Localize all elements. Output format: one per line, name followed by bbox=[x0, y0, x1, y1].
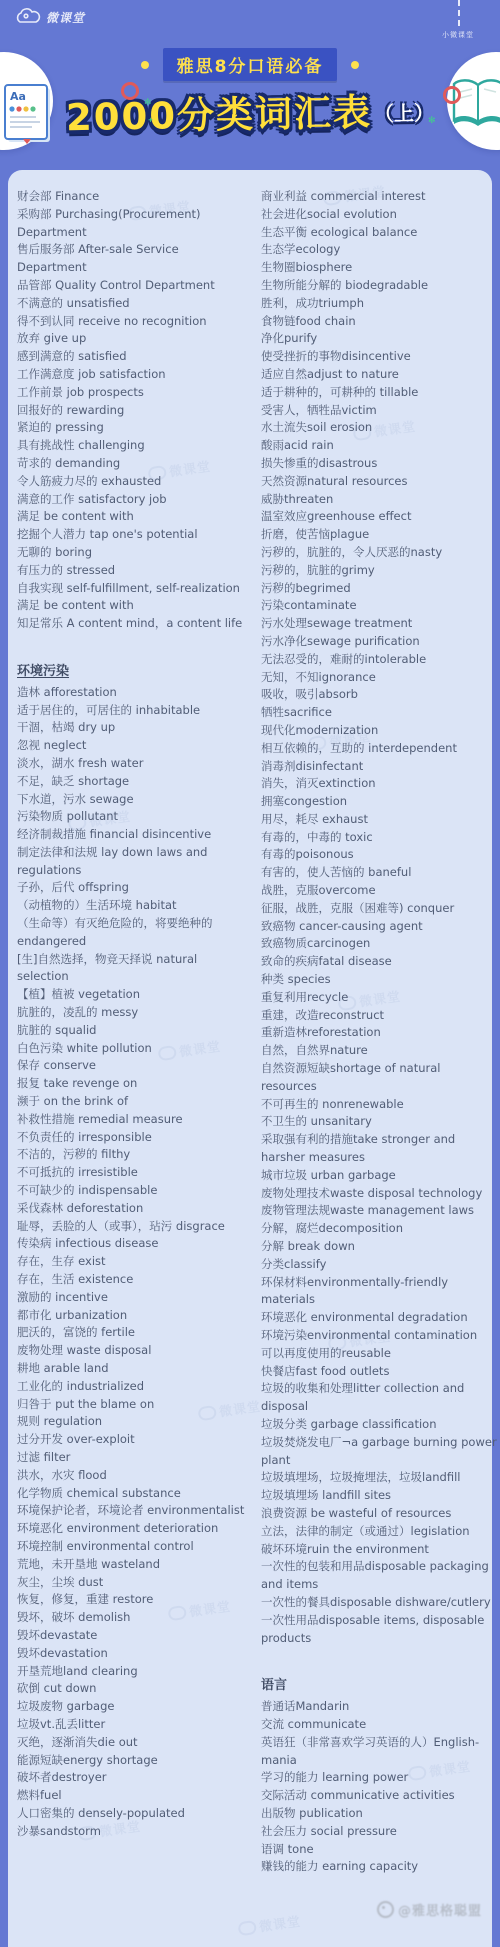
vocab-entry: 一次性的包装和用品disposable packaging and items bbox=[261, 1558, 499, 1594]
vocab-entry: 垃圾填埋场 landfill sites bbox=[261, 1487, 499, 1505]
vocab-entry: 重复利用recycle bbox=[261, 989, 499, 1007]
vocab-entry: 白色污染 white pollution bbox=[17, 1040, 250, 1058]
vocab-entry: 回报好的 rewarding bbox=[17, 402, 250, 420]
vocab-entry: 紧迫的 pressing bbox=[17, 419, 250, 437]
vocab-entry: 不可缺少的 indispensable bbox=[17, 1182, 250, 1200]
vocab-entry: 环境控制 environmental control bbox=[17, 1538, 250, 1556]
corner-dashed-line bbox=[458, 0, 460, 26]
vocab-entry: 胜利，成功triumph bbox=[261, 295, 499, 313]
vocab-entry: 毁坏devastation bbox=[17, 1645, 250, 1663]
vocab-entry: [生]自然选择，物竞天择说 natural selection bbox=[17, 951, 250, 987]
vocab-entry: 不可抵抗的 irresistible bbox=[17, 1164, 250, 1182]
vocab-entry: 适于耕种的，可耕种的 tillable bbox=[261, 384, 499, 402]
section-title: 语言 bbox=[261, 1677, 499, 1695]
vocab-entry: 苛求的 demanding bbox=[17, 455, 250, 473]
vocab-entry: 令人筋疲力尽的 exhausted bbox=[17, 473, 250, 491]
vocab-entry: 满足 be content with bbox=[17, 508, 250, 526]
vocab-entry: 污染contaminate bbox=[261, 597, 499, 615]
vocab-entry: 采购部 Purchasing(Procurement) Department bbox=[17, 206, 250, 242]
vocab-entry: 无聊的 boring bbox=[17, 544, 250, 562]
vocab-entry: 不可再生的 nonrenewable bbox=[261, 1096, 499, 1114]
vocab-entry: 品管部 Quality Control Department bbox=[17, 277, 250, 295]
badge-row: 雅思8分口语必备 bbox=[0, 48, 500, 81]
vocab-entry: 消失，消灭extinction bbox=[261, 775, 499, 793]
page-title-suffix: （上） bbox=[374, 97, 434, 127]
vocab-entry: 吸收，吸引absorb bbox=[261, 686, 499, 704]
vocab-entry: 工作满意度 job satisfaction bbox=[17, 366, 250, 384]
vocab-entry: 保存 conserve bbox=[17, 1057, 250, 1075]
vocab-entry: 淡水，湖水 fresh water bbox=[17, 755, 250, 773]
vocab-entry: 有毒的poisonous bbox=[261, 846, 499, 864]
vocab-entry: 【植】植被 vegetation bbox=[17, 986, 250, 1004]
vocab-entry: 折磨，使苦恼plague bbox=[261, 526, 499, 544]
vocab-entry: 自然资源短缺shortage of natural resources bbox=[261, 1060, 499, 1096]
content-panel: 微课堂微课堂微课堂微课堂微课堂微课堂微课堂微课堂微课堂微课堂微课堂微课堂微课堂微… bbox=[8, 170, 492, 1947]
vocab-entry: 废物管理法规waste management laws bbox=[261, 1202, 499, 1220]
vocab-entry: 生态平衡 ecological balance bbox=[261, 224, 499, 242]
vocab-entry: 过滤 filter bbox=[17, 1449, 250, 1467]
vocab-entry: 不卫生的 unsanitary bbox=[261, 1113, 499, 1131]
brand-logo: 微课堂 bbox=[14, 8, 85, 26]
vocab-entry: 用尽，耗尽 exhaust bbox=[261, 811, 499, 829]
open-book-icon bbox=[451, 78, 500, 128]
vocab-entry: 废物处理技术waste disposal technology bbox=[261, 1185, 499, 1203]
left-column: 财会部 Finance采购部 Purchasing(Procurement) D… bbox=[17, 188, 250, 1841]
weibo-watermark: @雅思格聪盟 bbox=[377, 1900, 482, 1919]
vocab-entry: 报复 take revenge on bbox=[17, 1075, 250, 1093]
vocab-entry: 净化purify bbox=[261, 330, 499, 348]
brand-label: 微课堂 bbox=[46, 9, 85, 26]
vocab-entry: 普通话Mandarin bbox=[261, 1698, 499, 1716]
sparkle: ✻ bbox=[428, 116, 436, 126]
title-row: 2000分类词汇表（上） bbox=[0, 80, 500, 143]
vocab-entry: 人口密集的 densely-populated bbox=[17, 1805, 250, 1823]
vocab-entry: 激励的 incentive bbox=[17, 1289, 250, 1307]
vocab-entry: 制定法律和法规 lay down laws and regulations bbox=[17, 844, 250, 880]
vocab-entry: 立法，法律的制定（或通过）legislation bbox=[261, 1523, 499, 1541]
vocab-entry: 有害的，使人苦恼的 baneful bbox=[261, 864, 499, 882]
vocab-entry: 受害人，牺牲品victim bbox=[261, 402, 499, 420]
vocab-entry: 污秽的，肮脏的，令人厌恶的nasty bbox=[261, 544, 499, 562]
dictionary-book-icon: Aa bbox=[3, 84, 53, 146]
vocab-entry: 无法忍受的，难耐的intolerable bbox=[261, 651, 499, 669]
vocab-entry: 能源短缺energy shortage bbox=[17, 1752, 250, 1770]
vocab-entry: 污秽的begrimed bbox=[261, 580, 499, 598]
vocab-entry: 肥沃的，富饶的 fertile bbox=[17, 1324, 250, 1342]
vocab-entry: 社会进化social evolution bbox=[261, 206, 499, 224]
weibo-icon bbox=[377, 1901, 394, 1918]
vocab-entry: 灭绝，逐渐消失die out bbox=[17, 1734, 250, 1752]
badge-dot-right bbox=[351, 61, 359, 69]
header: 微课堂 小微课堂 雅思8分口语必备 2000分类词汇表（上） Aa bbox=[0, 0, 500, 170]
vocab-entry: 无知，不知ignorance bbox=[261, 669, 499, 687]
vocab-entry: 不满意的 unsatisfied bbox=[17, 295, 250, 313]
sparkle: ✻ bbox=[144, 98, 152, 108]
vocab-entry: 感到满意的 satisfied bbox=[17, 348, 250, 366]
vocab-entry: 种类 species bbox=[261, 971, 499, 989]
vocab-entry: 重建，改造reconstruct bbox=[261, 1007, 499, 1025]
vocab-entry: 肮脏的 squalid bbox=[17, 1022, 250, 1040]
vocab-entry: 快餐店fast food outlets bbox=[261, 1363, 499, 1381]
vocab-entry: 垃圾焚烧发电厂¬a garbage burning power plant bbox=[261, 1434, 499, 1470]
vocab-entry: 环境恶化 environmental degradation bbox=[261, 1309, 499, 1327]
vocab-entry: 具有挑战性 challenging bbox=[17, 437, 250, 455]
vocab-entry: 下水道，污水 sewage bbox=[17, 791, 250, 809]
vocab-entry: 子孙，后代 offspring bbox=[17, 879, 250, 897]
vocab-entry: 洪水，水灾 flood bbox=[17, 1467, 250, 1485]
vocab-entry: 不足，缺乏 shortage bbox=[17, 773, 250, 791]
vocab-entry: 燃料fuel bbox=[17, 1787, 250, 1805]
vocab-entry: 一次性的餐具disposable dishware/cutlery bbox=[261, 1594, 499, 1612]
vocab-entry: 有压力的 stressed bbox=[17, 562, 250, 580]
vocab-entry: 分类classify bbox=[261, 1256, 499, 1274]
vocab-entry: 售后服务部 After-sale Service Department bbox=[17, 241, 250, 277]
vocab-entry: 过分开发 over-exploit bbox=[17, 1431, 250, 1449]
vocab-entry: 垃圾分类 garbage classification bbox=[261, 1416, 499, 1434]
vocab-entry: 工业化的 industrialized bbox=[17, 1378, 250, 1396]
vocab-entry: 满意的工作 satisfactory job bbox=[17, 491, 250, 509]
vocab-entry: 采伐森林 deforestation bbox=[17, 1200, 250, 1218]
vocab-entry: 英语狂（非常喜欢学习英语的人）English-mania bbox=[261, 1734, 499, 1770]
vocab-entry: 满足 be content with bbox=[17, 597, 250, 615]
vocab-entry: 商业利益 commercial interest bbox=[261, 188, 499, 206]
vocab-entry: 适于居住的，可居住的 inhabitable bbox=[17, 702, 250, 720]
vocab-entry: 有毒的，中毒的 toxic bbox=[261, 829, 499, 847]
vocab-entry: 濒于 on the brink of bbox=[17, 1093, 250, 1111]
vocab-entry: 放弃 give up bbox=[17, 330, 250, 348]
vocab-entry: 毁坏devastate bbox=[17, 1627, 250, 1645]
vocab-entry: 灰尘，尘埃 dust bbox=[17, 1574, 250, 1592]
vocab-entry: 交际活动 communicative activities bbox=[261, 1787, 499, 1805]
vocab-entry: 一次性用品disposable items, disposable produc… bbox=[261, 1612, 499, 1648]
vocab-entry: 致癌物 cancer-causing agent bbox=[261, 918, 499, 936]
vocab-entry: 存在，生活 existence bbox=[17, 1271, 250, 1289]
poster: { "header": { "brand": "微课堂", "corner_ta… bbox=[0, 0, 500, 1947]
vocab-entry: 赚钱的能力 earning capacity bbox=[261, 1858, 499, 1876]
vocab-entry: 酸雨acid rain bbox=[261, 437, 499, 455]
vocab-entry: 挖掘个人潜力 tap one's potential bbox=[17, 526, 250, 544]
vocab-entry: 不负责任的 irresponsible bbox=[17, 1129, 250, 1147]
vocab-entry: 化学物质 chemical substance bbox=[17, 1485, 250, 1503]
vocab-entry: 得不到认同 receive no recognition bbox=[17, 313, 250, 331]
corner-tag: 小微课堂 bbox=[442, 30, 474, 40]
vocab-entry: 恢复，修复，重建 restore bbox=[17, 1591, 250, 1609]
vocab-entry: 沙暴sandstorm bbox=[17, 1823, 250, 1841]
right-column: 商业利益 commercial interest社会进化social evolu… bbox=[261, 188, 499, 1876]
vocab-entry: 自然，自然界nature bbox=[261, 1042, 499, 1060]
vocab-entry: 现代化modernization bbox=[261, 722, 499, 740]
vocab-entry: 忽视 neglect bbox=[17, 737, 250, 755]
vocab-entry: 社会压力 social pressure bbox=[261, 1823, 499, 1841]
vocab-entry: 污染物质 pollutant bbox=[17, 808, 250, 826]
vocab-entry: 归咎于 put the blame on bbox=[17, 1396, 250, 1414]
book-label-aa: Aa bbox=[10, 90, 26, 103]
vocab-entry: 温室效应greenhouse effect bbox=[261, 508, 499, 526]
vocab-entry: （生命等）有灭绝危险的，将要绝种的 endangered bbox=[17, 915, 250, 951]
vocab-entry: 消毒剂disinfectant bbox=[261, 758, 499, 776]
red-ring-left bbox=[121, 82, 139, 100]
vocab-entry: 语调 tone bbox=[261, 1841, 499, 1859]
vocab-entry: 浪费资源 be wasteful of resources bbox=[261, 1505, 499, 1523]
vocab-entry: 废物处理 waste disposal bbox=[17, 1342, 250, 1360]
vocab-entry: 食物链food chain bbox=[261, 313, 499, 331]
sparkle: ﹢ bbox=[146, 112, 155, 125]
vocab-entry: 环境保护论者，环境论者 environmentalist bbox=[17, 1502, 250, 1520]
vocab-entry: 知足常乐 A content mind，a content life bbox=[17, 615, 250, 633]
vocab-entry: 都市化 urbanization bbox=[17, 1307, 250, 1325]
vocab-entry: 荒地，未开垦地 wasteland bbox=[17, 1556, 250, 1574]
vocab-entry: 交流 communicate bbox=[261, 1716, 499, 1734]
brand-cloud-icon bbox=[14, 8, 42, 26]
vocab-entry: 肮脏的，凌乱的 messy bbox=[17, 1004, 250, 1022]
vocab-entry: 耕地 arable land bbox=[17, 1360, 250, 1378]
vocab-entry: 生物所能分解的 biodegradable bbox=[261, 277, 499, 295]
vocab-entry: 耻辱，丢脸的人（或事），玷污 disgrace bbox=[17, 1218, 250, 1236]
vocab-entry: 拥塞congestion bbox=[261, 793, 499, 811]
red-ring-right bbox=[443, 86, 461, 104]
vocab-entry: 水土流失soil erosion bbox=[261, 419, 499, 437]
vocab-entry: 可以再度使用的reusable bbox=[261, 1345, 499, 1363]
vocab-entry: 传染病 infectious disease bbox=[17, 1235, 250, 1253]
vocab-entry: 环境污染environmental contamination bbox=[261, 1327, 499, 1345]
vocab-entry: 出版物 publication bbox=[261, 1805, 499, 1823]
vocab-entry: 垃圾废物 garbage bbox=[17, 1698, 250, 1716]
vocab-entry: 垃圾填埋场，垃圾掩埋法，垃圾landfill bbox=[261, 1469, 499, 1487]
vocab-entry: 不洁的，污秽的 filthy bbox=[17, 1146, 250, 1164]
vocab-entry: 致命的疾病fatal disease bbox=[261, 953, 499, 971]
vocab-entry: 规则 regulation bbox=[17, 1413, 250, 1431]
vocab-entry: 造林 afforestation bbox=[17, 684, 250, 702]
vocab-entry: 适应自然adjust to nature bbox=[261, 366, 499, 384]
vocab-entry: 天然资源natural resources bbox=[261, 473, 499, 491]
vocab-entry: 牺牲sacrifice bbox=[261, 704, 499, 722]
vocab-entry: 自我实现 self-fulfillment, self-realization bbox=[17, 580, 250, 598]
vocab-entry: 损失惨重的disastrous bbox=[261, 455, 499, 473]
badge: 雅思8分口语必备 bbox=[163, 48, 338, 81]
vocab-entry: 致癌物质carcinogen bbox=[261, 935, 499, 953]
vocab-entry: 垃圾vt.乱丢litter bbox=[17, 1716, 250, 1734]
vocab-entry: 污水处理sewage treatment bbox=[261, 615, 499, 633]
vocab-entry: 威胁threaten bbox=[261, 491, 499, 509]
vocab-entry: 毁坏，破坏 demolish bbox=[17, 1609, 250, 1627]
vocab-entry: 财会部 Finance bbox=[17, 188, 250, 206]
vocab-entry: 生态学ecology bbox=[261, 241, 499, 259]
vocab-entry: 干涸，枯竭 dry up bbox=[17, 719, 250, 737]
vocab-entry: 采取强有利的措施take stronger and harsher measur… bbox=[261, 1131, 499, 1167]
vocab-entry: 存在，生存 exist bbox=[17, 1253, 250, 1271]
vocab-entry: 重新造林reforestation bbox=[261, 1024, 499, 1042]
vocab-entry: 补救性措施 remedial measure bbox=[17, 1111, 250, 1129]
vocab-entry: 分解 break down bbox=[261, 1238, 499, 1256]
vocab-entry: 生物圈biosphere bbox=[261, 259, 499, 277]
vocab-entry: 学习的能力 learning power bbox=[261, 1769, 499, 1787]
vocab-entry: 环境恶化 environment deterioration bbox=[17, 1520, 250, 1538]
brand-watermark: 微课堂 bbox=[237, 1911, 302, 1939]
vocab-entry: 污秽的，肮脏的grimy bbox=[261, 562, 499, 580]
vocab-entry: 城市垃圾 urban garbage bbox=[261, 1167, 499, 1185]
vocab-entry: （动植物的）生活环境 habitat bbox=[17, 897, 250, 915]
cloud-icon bbox=[237, 1919, 257, 1935]
vocab-entry: 环保材料environmentally-friendly materials bbox=[261, 1274, 499, 1310]
weibo-watermark-text: @雅思格聪盟 bbox=[398, 1900, 482, 1919]
vocab-entry: 垃圾的收集和处理litter collection and disposal bbox=[261, 1380, 499, 1416]
vocab-entry: 破坏环境ruin the environment bbox=[261, 1541, 499, 1559]
vocab-entry: 污水净化sewage purification bbox=[261, 633, 499, 651]
vocab-entry: 相互依赖的，互助的 interdependent bbox=[261, 740, 499, 758]
vocab-entry: 工作前景 job prospects bbox=[17, 384, 250, 402]
vocab-entry: 经济制裁措施 financial disincentive bbox=[17, 826, 250, 844]
vocab-entry: 开垦荒地land clearing bbox=[17, 1663, 250, 1681]
vocab-entry: 砍倒 cut down bbox=[17, 1680, 250, 1698]
vocab-entry: 分解，腐烂decomposition bbox=[261, 1220, 499, 1238]
section-title: 环境污染 bbox=[17, 663, 250, 681]
vocab-entry: 征服，战胜，克服（困难等) conquer bbox=[261, 900, 499, 918]
vocab-entry: 使受挫折的事物disincentive bbox=[261, 348, 499, 366]
vocab-entry: 战胜，克服overcome bbox=[261, 882, 499, 900]
badge-dot-left bbox=[141, 61, 149, 69]
page-title: 2000分类词汇表 bbox=[66, 82, 373, 141]
vocab-entry: 破坏者destroyer bbox=[17, 1769, 250, 1787]
